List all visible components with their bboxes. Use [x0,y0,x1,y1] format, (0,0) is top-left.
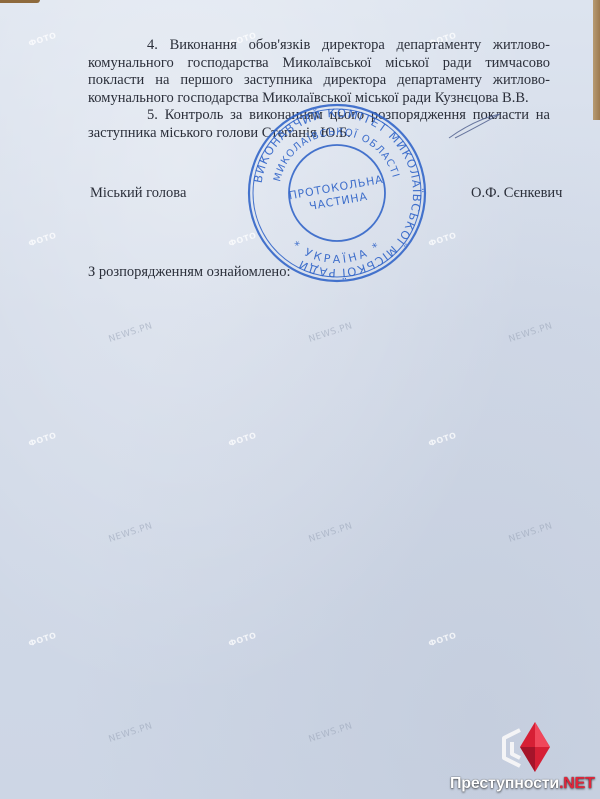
photo-watermark: ФОТО [227,431,257,449]
news-watermark: NEWS.PN [308,721,354,745]
document-page: ФОТОФОТОФОТОФОТОФОТОФОТОФОТОФОТОФОТОФОТО… [0,0,600,799]
paragraph-line: покласти на першого заступника директора… [88,72,550,90]
photo-watermark: ФОТО [427,631,457,649]
photo-watermark: ФОТО [427,431,457,449]
signatory-name: О.Ф. Сєнкевич [471,185,562,203]
official-stamp: ВИКОНАВЧИЙ КОМІТЕТ МИКОЛАЇВСЬКОЇ МІСЬКОЇ… [247,103,427,283]
site-logo: Преступности.NET [440,715,600,799]
news-watermark: NEWS.PN [508,321,554,345]
signatory-title: Міський голова [90,185,186,203]
handwritten-signature-icon [445,112,505,142]
photo-watermark: ФОТО [27,231,57,249]
wood-edge [593,0,600,120]
news-watermark: NEWS.PN [108,321,154,345]
photo-watermark: ФОТО [27,631,57,649]
wood-edge-top [0,0,40,3]
news-watermark: NEWS.PN [108,721,154,745]
paragraph-line: комунального господарства Миколаївської … [88,55,550,73]
photo-watermark: ФОТО [427,231,457,249]
news-watermark: NEWS.PN [308,521,354,545]
photo-watermark: ФОТО [27,431,57,449]
logo-name: Преступности [450,775,559,792]
news-watermark: NEWS.PN [108,521,154,545]
paragraph-4: 4. Виконання обов'язків директора департ… [88,37,550,107]
crystal-logo-icon [490,720,560,780]
paragraph-line: 4. Виконання обов'язків директора департ… [88,37,550,55]
logo-suffix: .NET [559,775,595,792]
logo-wordmark: Преступности.NET [450,775,595,793]
news-watermark: NEWS.PN [508,521,554,545]
photo-watermark: ФОТО [27,31,57,49]
photo-watermark: ФОТО [227,631,257,649]
news-watermark: NEWS.PN [308,321,354,345]
